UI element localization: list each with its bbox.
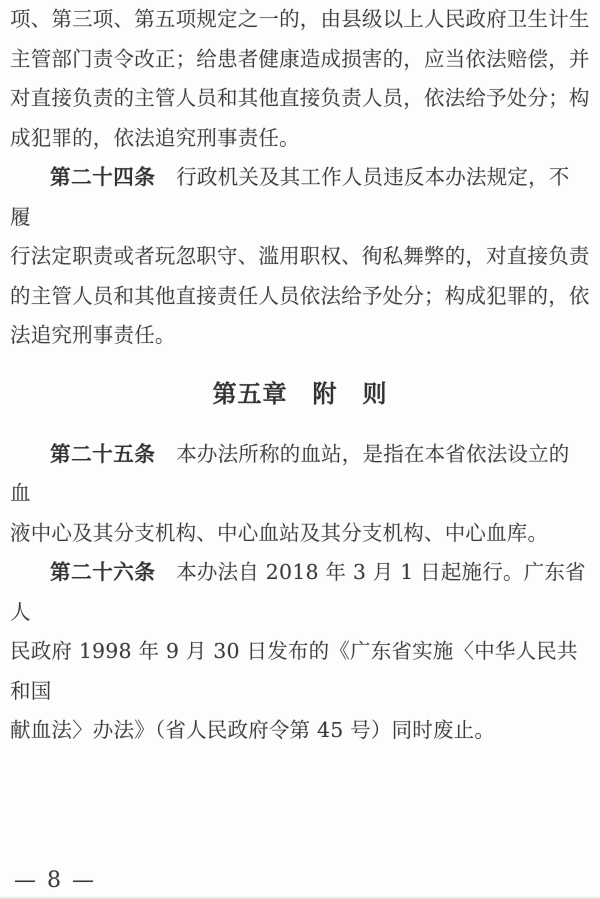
article-25-label: 第二十五条 — [50, 442, 156, 466]
paragraph-article-26: 第二十六条 本办法自 2018 年 3 月 1 日起施行。广东省人 民政府 19… — [10, 553, 590, 751]
chapter-5-heading: 第五章 附 则 — [10, 374, 590, 414]
paragraph-continuation: 项、第三项、第五项规定之一的，由县级以上人民政府卫生计生 主管部门责令改正；给患… — [10, 0, 590, 158]
scanned-document-page: 项、第三项、第五项规定之一的，由县级以上人民政府卫生计生 主管部门责令改正；给患… — [0, 0, 600, 899]
paragraph-article-24: 第二十四条 行政机关及其工作人员违反本办法规定，不履 行法定职责或者玩忽职守、滥… — [10, 158, 590, 356]
article-26-text: 本办法自 2018 年 3 月 1 日起施行。广东省人 民政府 1998 年 9… — [10, 560, 586, 742]
article-24-label: 第二十四条 — [50, 165, 156, 189]
article-24-text: 行政机关及其工作人员违反本办法规定，不履 行法定职责或者玩忽职守、滥用职权、徇私… — [10, 165, 590, 347]
paragraph-article-25: 第二十五条 本办法所称的血站，是指在本省依法设立的血 液中心及其分支机构、中心血… — [10, 435, 590, 554]
page-number: — 8 — — [14, 870, 96, 892]
document-content: 项、第三项、第五项规定之一的，由县级以上人民政府卫生计生 主管部门责令改正；给患… — [0, 0, 600, 751]
article-26-label: 第二十六条 — [50, 560, 156, 584]
